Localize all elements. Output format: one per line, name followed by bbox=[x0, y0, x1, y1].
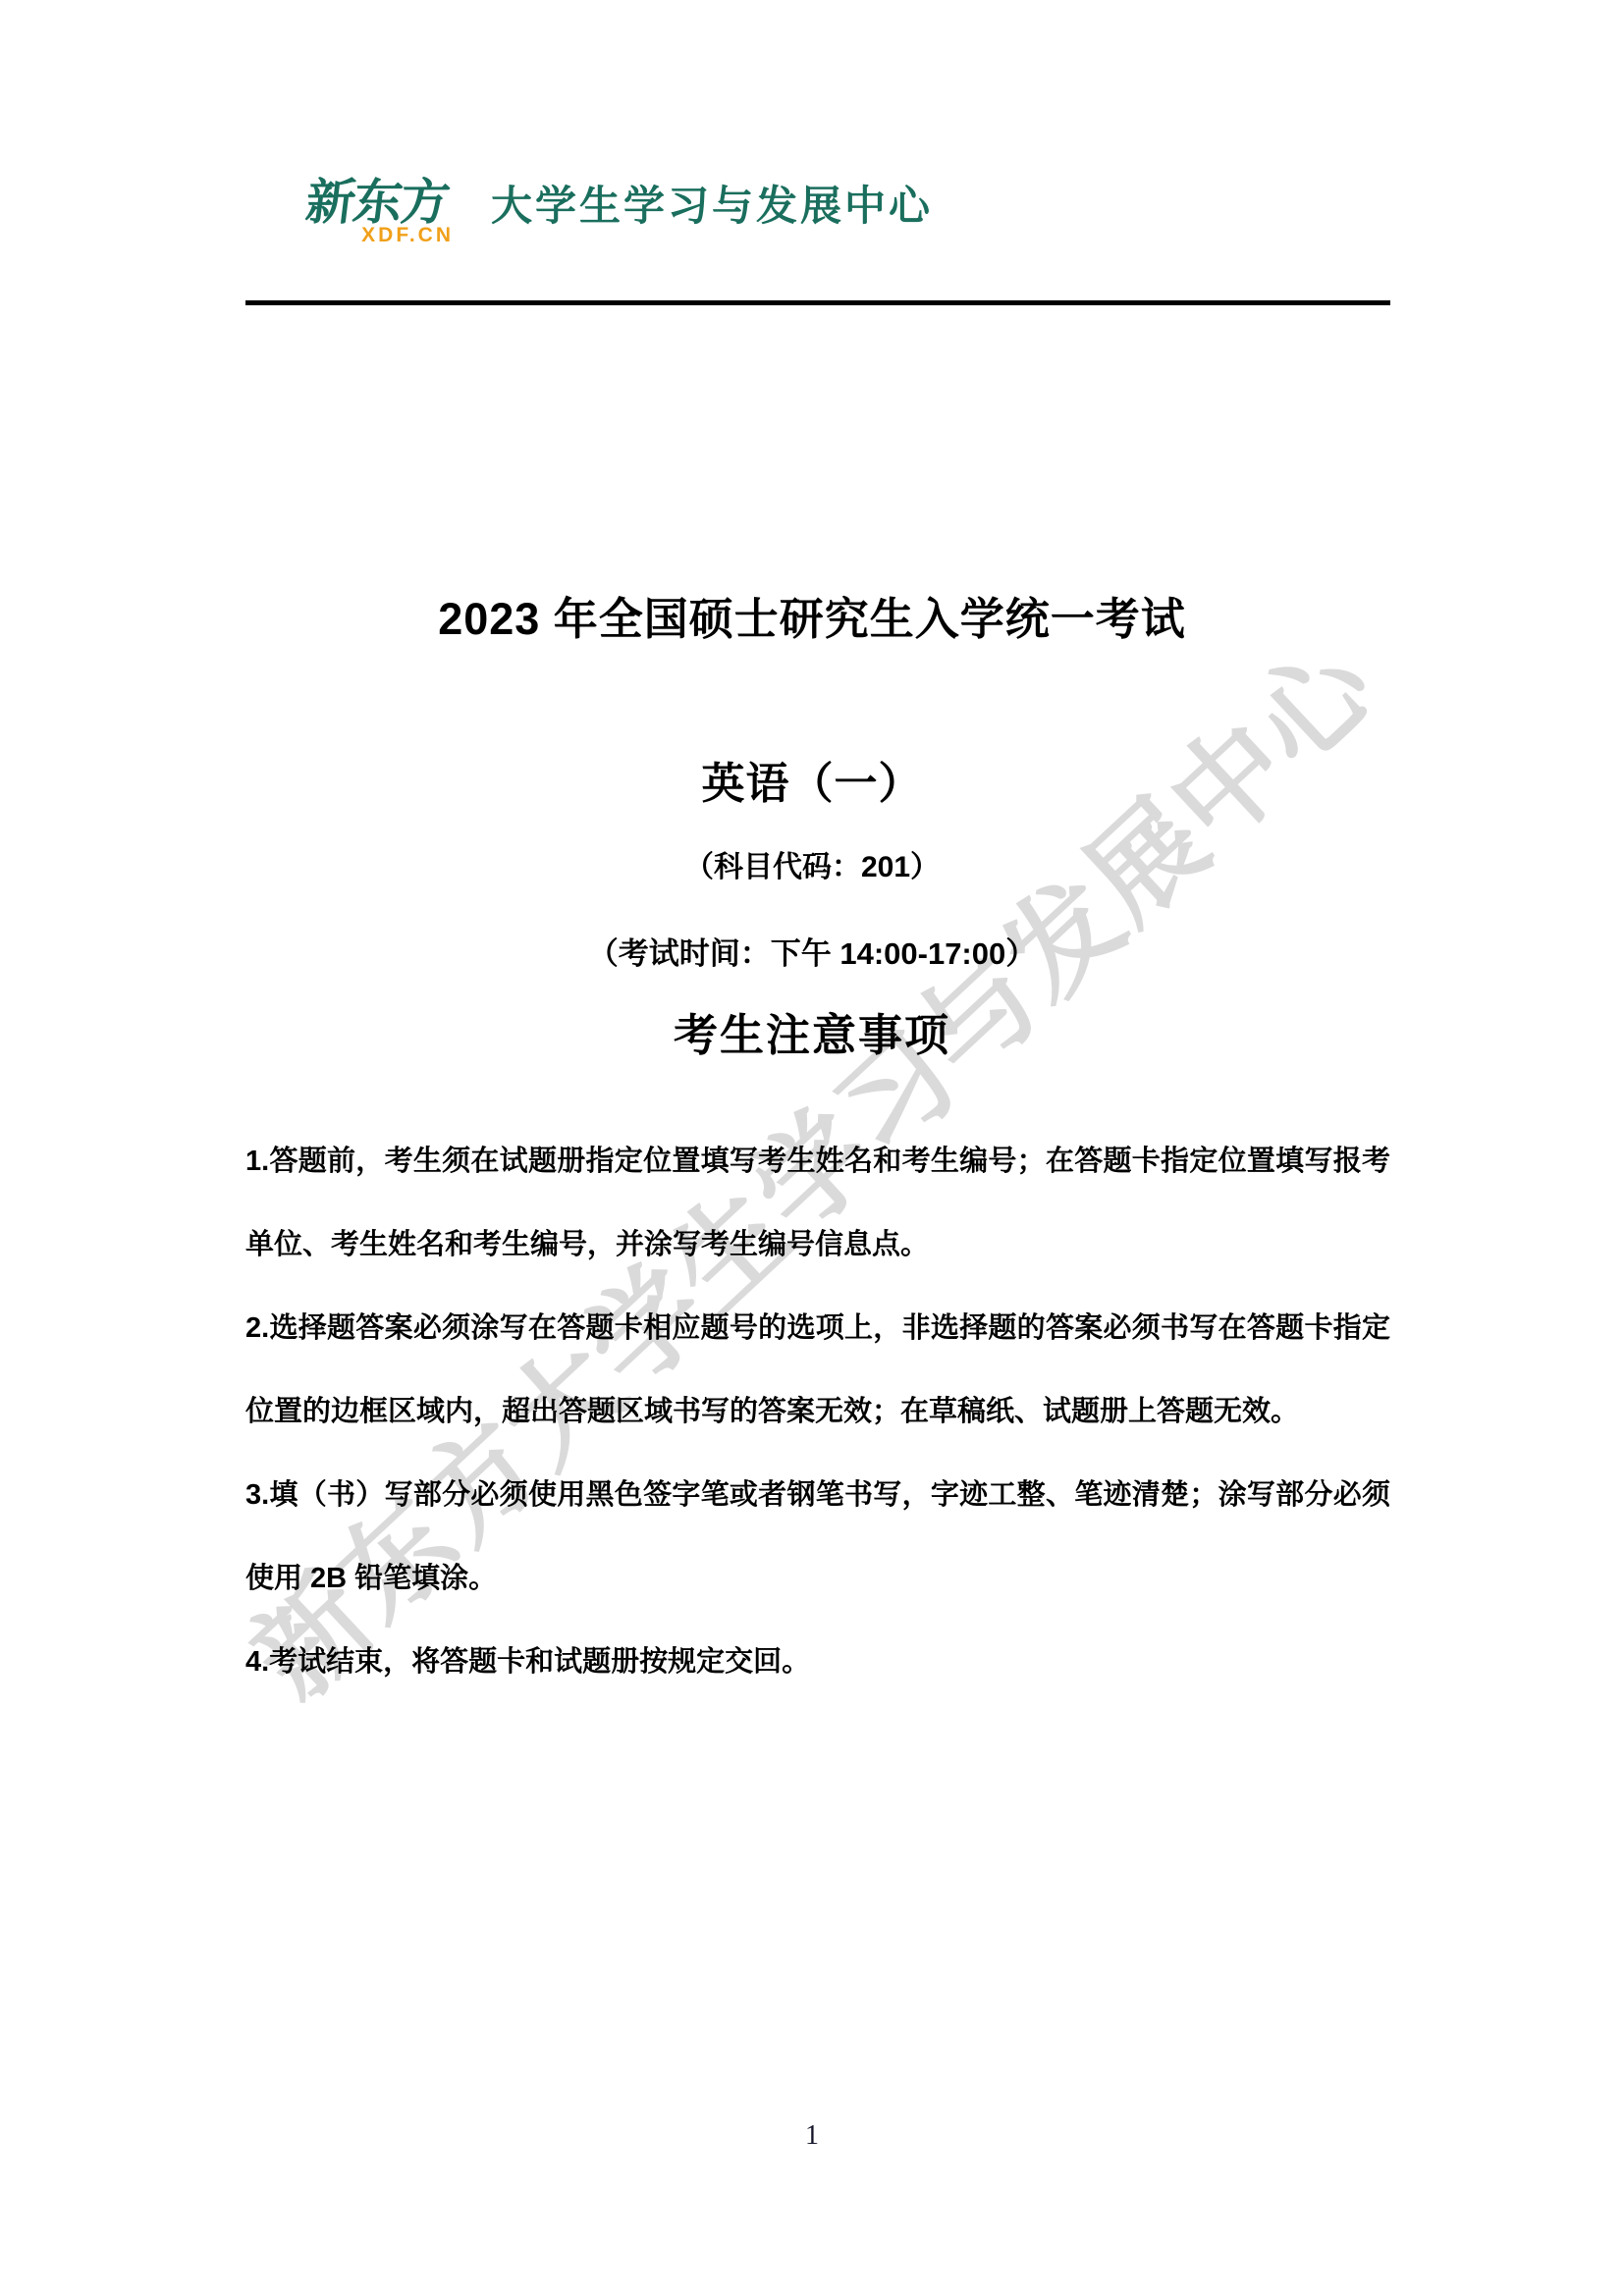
exam-cover-page: 新东方大学生学习与发展中心 新东方 XDF.CN 大学生学习与发展中心 2023… bbox=[0, 0, 1624, 2296]
subject-code: （科目代码：201） bbox=[0, 842, 1624, 885]
xdf-logo: 新东方 XDF.CN bbox=[306, 178, 473, 245]
exam-time: （考试时间：下午 14:00-17:00） bbox=[0, 929, 1624, 973]
page-content: 新东方 XDF.CN 大学生学习与发展中心 2023 年全国硕士研究生入学统一考… bbox=[0, 0, 1624, 2296]
notice-item-3-line-1: 3.填（书）写部分必须使用黑色签字笔或者钢笔书写，字迹工整、笔迹清楚；涂写部分必… bbox=[245, 1454, 1390, 1537]
notice-heading: 考生注意事项 bbox=[0, 999, 1624, 1063]
notice-item-3-line-2: 使用 2B 铅笔填涂。 bbox=[245, 1537, 1390, 1621]
notice-item-1-line-2: 单位、考生姓名和考生编号，并涂写考生编号信息点。 bbox=[245, 1203, 1390, 1287]
exam-title: 2023 年全国硕士研究生入学统一考试 bbox=[0, 583, 1624, 647]
subject-title: 英语（一） bbox=[0, 748, 1624, 811]
xdf-logo-wordmark: 新东方 bbox=[303, 178, 476, 227]
page-number: 1 bbox=[0, 2120, 1624, 2152]
header-divider-rule bbox=[245, 300, 1390, 305]
org-tagline: 大学生学习与发展中心 bbox=[491, 186, 933, 227]
notice-item-1-line-1: 1.答题前，考生须在试题册指定位置填写考生姓名和考生编号；在答题卡指定位置填写报… bbox=[245, 1120, 1390, 1203]
notice-item-2-line-2: 位置的边框区域内，超出答题区域书写的答案无效；在草稿纸、试题册上答题无效。 bbox=[245, 1370, 1390, 1454]
notice-list: 1.答题前，考生须在试题册指定位置填写考生姓名和考生编号；在答题卡指定位置填写报… bbox=[245, 1120, 1390, 1704]
notice-item-2-line-1: 2.选择题答案必须涂写在答题卡相应题号的选项上，非选择题的答案必须书写在答题卡指… bbox=[245, 1287, 1390, 1370]
notice-item-4-line-1: 4.考试结束，将答题卡和试题册按规定交回。 bbox=[245, 1621, 1390, 1704]
